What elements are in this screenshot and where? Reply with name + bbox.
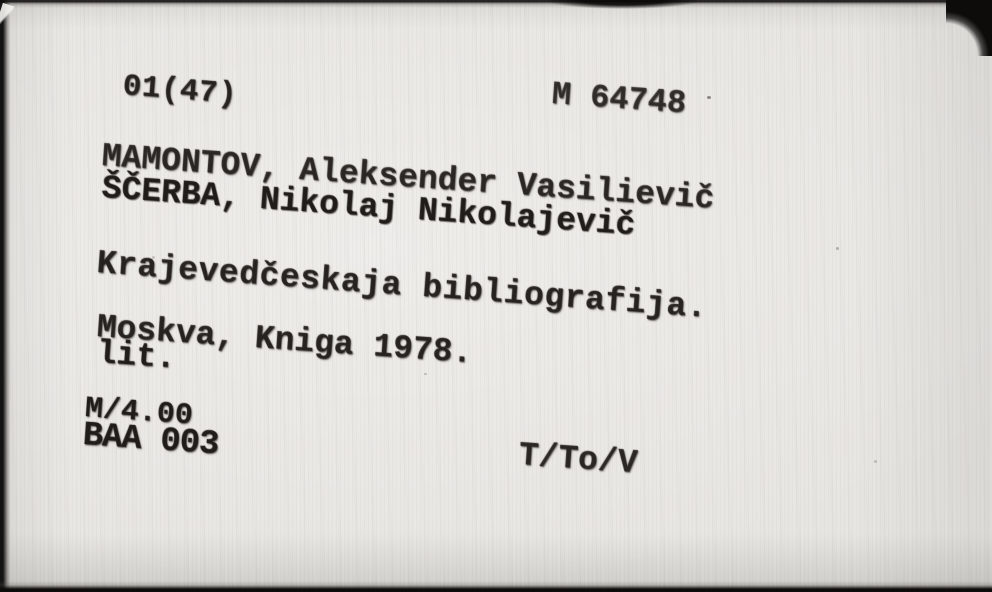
ink-speck	[874, 460, 877, 463]
classification-number: 01(47)	[122, 71, 239, 111]
ink-speck	[152, 256, 155, 259]
ink-speck	[836, 247, 839, 250]
title-statement: Krajevedčeskaja bibliografija.	[96, 247, 709, 325]
catalog-card-scan: 01(47) M 64748 MAMONTOV, Aleksender Vasi…	[0, 0, 992, 592]
ink-speck	[424, 373, 427, 375]
shelf-mark: BAA 003	[82, 419, 220, 462]
left-scan-edge	[0, 0, 11, 592]
tracing-code: T/To/V	[518, 439, 639, 480]
ink-speck	[707, 96, 711, 99]
top-right-corner-shadow	[946, 0, 992, 56]
collation-note: lit.	[96, 337, 177, 375]
bottom-scan-edge	[0, 581, 992, 592]
top-scan-edge	[0, 0, 992, 8]
accession-number: M 64748	[551, 79, 687, 120]
top-scan-edge-blob	[548, 0, 698, 9]
